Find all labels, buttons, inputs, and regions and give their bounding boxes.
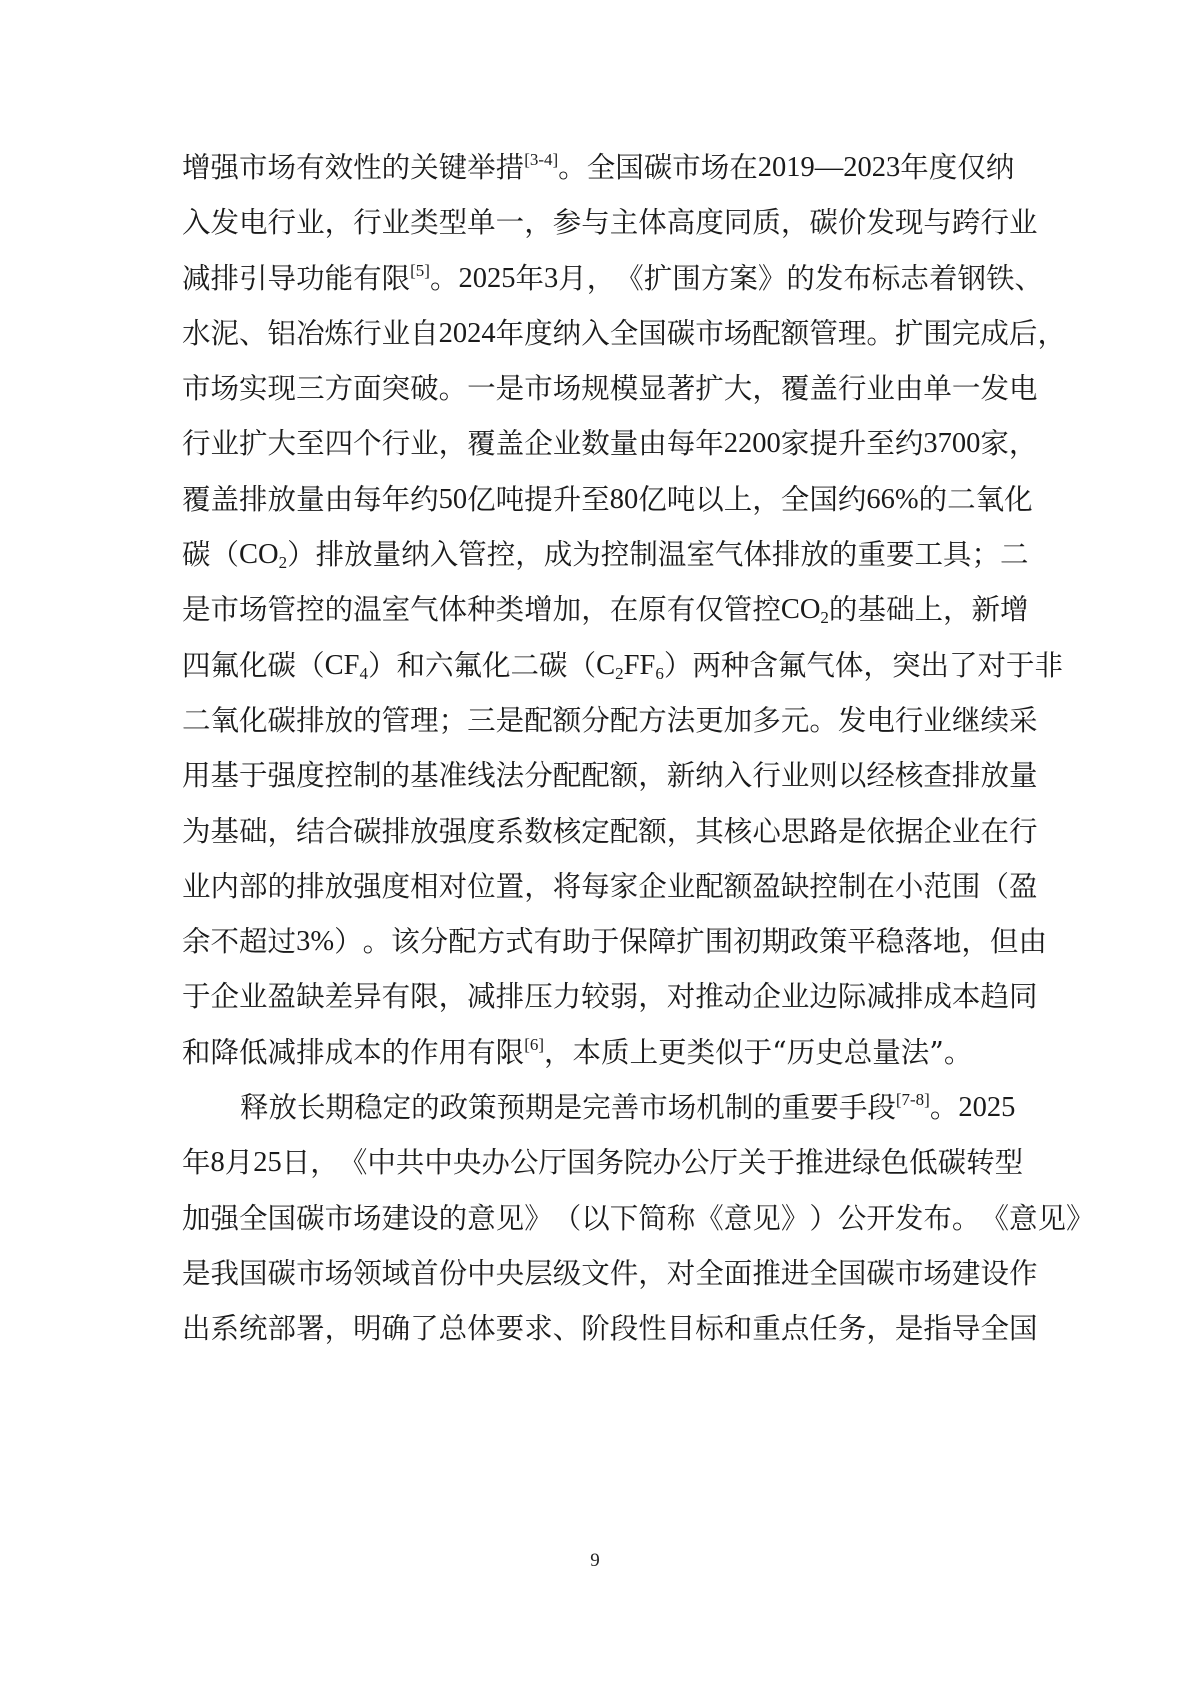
text-line: 是市场管控的温室气体种类增加，在原有仅管控CO2的基础上，新增 xyxy=(182,582,1010,637)
citation-reference: [3-4] xyxy=(524,150,558,169)
text-line: 业内部的排放强度相对位置，将每家企业配额盈缺控制在小范围（盈 xyxy=(182,859,1010,914)
text-line: 年8月25日，《中共中央办公厅 国务院办公厅关于推进绿色低碳转型 xyxy=(182,1135,1010,1190)
citation-reference: [7-8] xyxy=(896,1090,930,1109)
text-line: 市场实现三方面突破。一是市场规模显著扩大，覆盖行业由单一发电 xyxy=(182,361,1010,416)
citation-reference: [6] xyxy=(524,1035,544,1054)
text-line: 减排引导功能有限[5]。2025年3月，《扩围方案》的发布标志着钢铁、 xyxy=(182,251,1010,306)
text-line: 行业扩大至四个行业，覆盖企业数量由每年2200家提升至约3700家， xyxy=(182,416,1010,471)
text-line: 和降低减排成本的作用有限[6]，本质上更类似于“历史总量法”。 xyxy=(182,1025,1010,1080)
text-line: 为基础，结合碳排放强度系数核定配额，其核心思路是依据企业在行 xyxy=(182,804,1010,859)
text-line: 于企业盈缺差异有限，减排压力较弱，对推动企业边际减排成本趋同 xyxy=(182,969,1010,1024)
document-page-body: 增强市场有效性的关键举措[3-4]。全国碳市场在2019—2023年度仅纳入发电… xyxy=(182,140,1010,1357)
page-number: 9 xyxy=(0,1550,1190,1572)
text-line: 是我国碳市场领域首份中央层级文件，对全面推进全国碳市场建设作 xyxy=(182,1246,1010,1301)
text-line: 覆盖排放量由每年约50亿吨提升至80亿吨以上，全国约66%的二氧化 xyxy=(182,472,1010,527)
text-line: 二氧化碳排放的管理；三是配额分配方法更加多元。发电行业继续采 xyxy=(182,693,1010,748)
text-line: 水泥、铝冶炼行业自2024年度纳入全国碳市场配额管理。扩围完成后， xyxy=(182,306,1010,361)
text-line: 余不超过3%）。该分配方式有助于保障扩围初期政策平稳落地，但由 xyxy=(182,914,1010,969)
text-line: 释放长期稳定的政策预期是完善市场机制的重要手段[7-8]。2025 xyxy=(182,1080,1010,1135)
text-line: 增强市场有效性的关键举措[3-4]。全国碳市场在2019—2023年度仅纳 xyxy=(182,140,1010,195)
text-line: 加强全国碳市场建设的意见》（以下简称《意见》）公开发布。《意见》 xyxy=(182,1191,1010,1246)
text-line: 入发电行业，行业类型单一，参与主体高度同质，碳价发现与跨行业 xyxy=(182,195,1010,250)
text-line: 碳（CO2）排放量纳入管控，成为控制温室气体排放的重要工具；二 xyxy=(182,527,1010,582)
text-line: 四氟化碳（CF4）和六氟化二碳（C2FF6）两种含氟气体，突出了对于非 xyxy=(182,638,1010,693)
citation-reference: [5] xyxy=(410,261,430,280)
text-line: 出系统部署，明确了总体要求、阶段性目标和重点任务，是指导全国 xyxy=(182,1301,1010,1356)
text-line: 用基于强度控制的基准线法分配配额，新纳入行业则以经核查排放量 xyxy=(182,748,1010,803)
